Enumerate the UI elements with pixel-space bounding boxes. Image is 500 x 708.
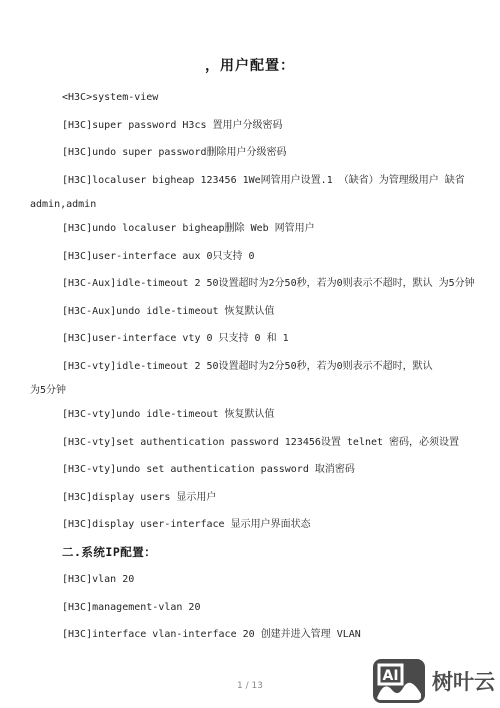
ai-image-logo-icon: AI (373, 659, 425, 703)
document-line: [H3C]management-vlan 20 (30, 594, 494, 622)
document-body: <H3C>system-view[H3C]super password H3cs… (30, 84, 494, 649)
document-line: [H3C]user-interface vty 0 只支持 0 和 1 (30, 325, 494, 353)
svg-text:AI: AI (383, 668, 399, 684)
watermark: AI 树叶云 (373, 659, 495, 703)
document-line: [H3C]super password H3cs 置用户分级密码 (30, 112, 494, 140)
document-line: [H3C-vty]undo set authentication passwor… (30, 456, 494, 484)
document-line: [H3C-vty]set authentication password 123… (30, 429, 494, 457)
document-line: [H3C]user-interface aux 0只支持 0 (30, 243, 494, 271)
document-line: [H3C-vty]undo idle-timeout 恢复默认值 (30, 401, 494, 429)
document-line: [H3C]undo super password删除用户分级密码 (30, 139, 494, 167)
document-page: ，用户配置： <H3C>system-view[H3C]super passwo… (0, 0, 500, 708)
document-line: [H3C]display user-interface 显示用户界面状态 (30, 511, 494, 539)
document-line: [H3C-Aux]idle-timeout 2 50设置超时为2分50秒，若为0… (30, 270, 494, 298)
document-line: 为5分钟 (30, 380, 494, 401)
watermark-brand-text: 树叶云 (432, 666, 495, 696)
document-line: admin,admin (30, 194, 494, 215)
page-title: ，用户配置： (0, 56, 500, 76)
document-line: [H3C]interface vlan-interface 20 创建并进入管理… (30, 621, 494, 649)
document-line: [H3C]localuser bigheap 123456 1We网管用户设置.… (30, 167, 494, 195)
document-line: [H3C]undo localuser bigheap删除 Web 网管用户 (30, 215, 494, 243)
document-line: [H3C-Aux]undo idle-timeout 恢复默认值 (30, 298, 494, 326)
document-line: [H3C]vlan 20 (30, 566, 494, 594)
document-line: <H3C>system-view (30, 84, 494, 112)
section-heading: 二.系统IP配置： (30, 539, 494, 567)
document-line: [H3C]display users 显示用户 (30, 484, 494, 512)
document-line: [H3C-vty]idle-timeout 2 50设置超时为2分50秒，若为0… (30, 353, 494, 381)
